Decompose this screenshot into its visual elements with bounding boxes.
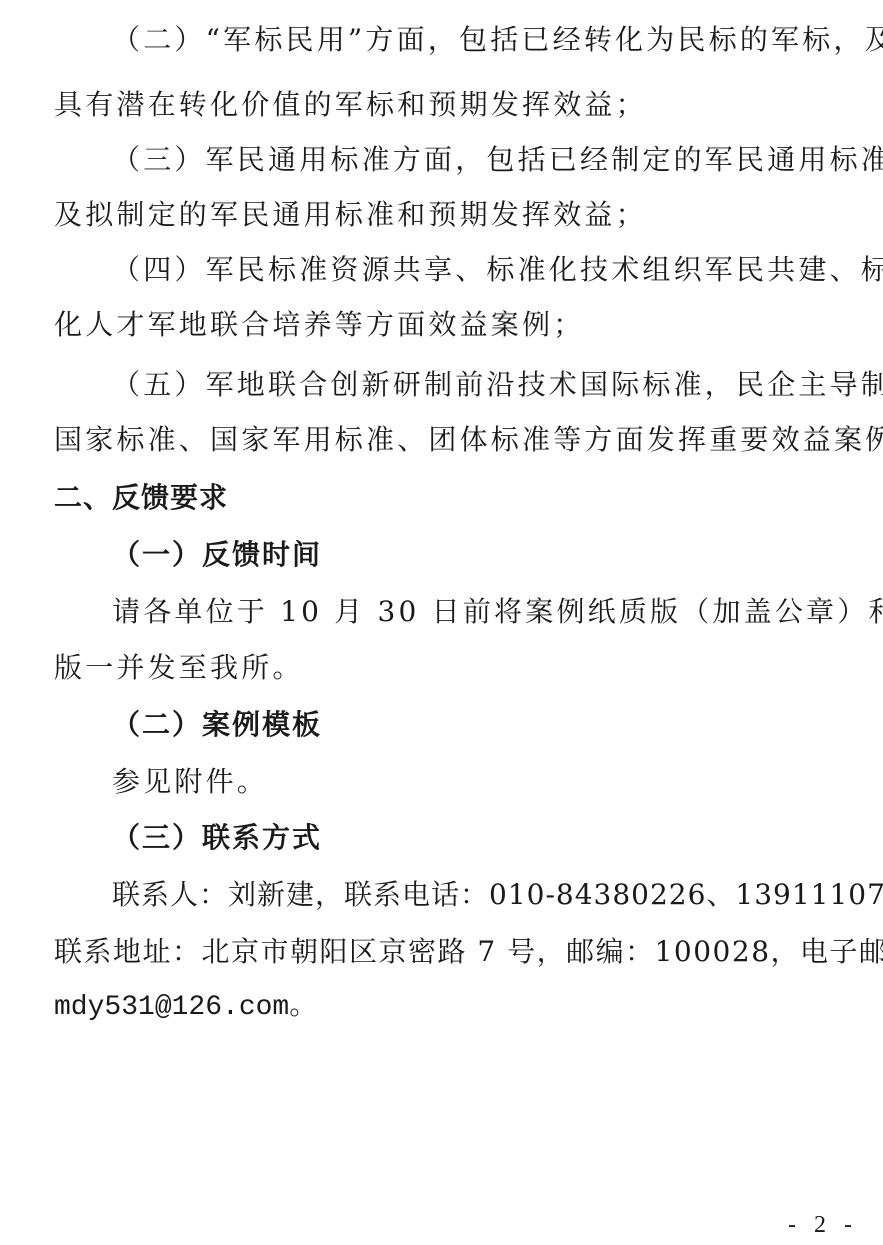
paragraph-5-line-1: （五）军地联合创新研制前沿技术国际标准，民企主导制定 [112, 365, 883, 405]
template-heading: （二）案例模板 [112, 705, 322, 745]
page-number: - 2 - [788, 1210, 858, 1240]
contact-line-1: 联系人：刘新建，联系电话：010-84380226、13911107380， [112, 875, 883, 915]
paragraph-2-line-1: （二）“军标民用”方面，包括已经转化为民标的军标，及 [112, 20, 883, 60]
template-text: 参见附件。 [112, 762, 268, 802]
contact-line-2: 联系地址：北京市朝阳区京密路 7 号，邮编：100028，电子邮箱： [54, 932, 883, 972]
contact-heading: （三）联系方式 [112, 818, 322, 858]
feedback-time-heading: （一）反馈时间 [112, 535, 322, 575]
feedback-time-line-1: 请各单位于 10 月 30 日前将案例纸质版（加盖公章）和电子 [112, 592, 883, 632]
paragraph-5-line-2: 国家标准、国家军用标准、团体标准等方面发挥重要效益案例。 [54, 420, 883, 460]
paragraph-4-line-2: 化人才军地联合培养等方面效益案例； [54, 305, 584, 345]
feedback-time-line-2: 版一并发至我所。 [54, 648, 304, 688]
contact-email: mdy531@126.com。 [54, 988, 317, 1028]
paragraph-2-line-2: 具有潜在转化价值的军标和预期发挥效益； [54, 85, 647, 125]
paragraph-3-line-1: （三）军民通用标准方面，包括已经制定的军民通用标准， [112, 140, 883, 180]
paragraph-4-line-1: （四）军民标准资源共享、标准化技术组织军民共建、标准 [112, 250, 883, 290]
paragraph-3-line-2: 及拟制定的军民通用标准和预期发挥效益； [54, 195, 647, 235]
section-heading: 二、反馈要求 [54, 478, 228, 518]
